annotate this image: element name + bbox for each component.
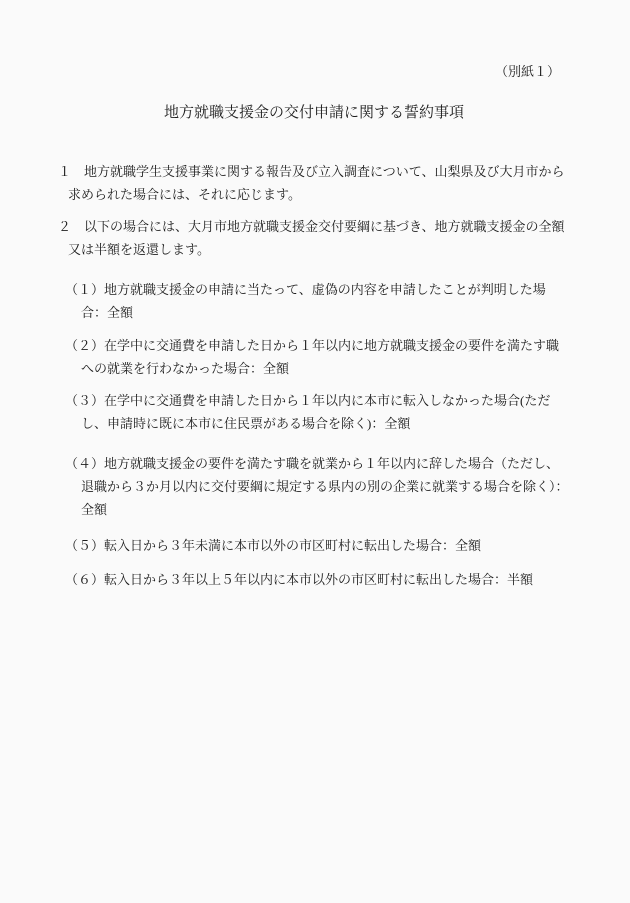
document-title: 地方就職支援金の交付申請に関する誓約事項 (58, 102, 570, 125)
condition-item: （６）転入日から３年以上５年以内に本市以外の市区町村に転出した場合：半額 (65, 568, 570, 591)
condition-list: （１）地方就職支援金の申請に当たって、虚偽の内容を申請したことが判明した場合：全… (65, 278, 570, 591)
condition-item: （２）在学中に交通費を申請した日から１年以内に地方就職支援金の要件を満たす職への… (65, 334, 570, 380)
attachment-label: （別紙１） (58, 60, 560, 83)
condition-item: （４）地方就職支援金の要件を満たす職を就業から１年以内に辞した場合（ただし、退職… (65, 452, 570, 521)
condition-item: （３）在学中に交通費を申請した日から１年以内に本市に転入しなかった場合(ただし、… (65, 389, 570, 435)
clause-item: ２ 以下の場合には、大月市地方就職支援金交付要綱に基づき、地方就職支援金の全額又… (58, 215, 570, 261)
condition-item: （１）地方就職支援金の申請に当たって、虚偽の内容を申請したことが判明した場合：全… (65, 278, 570, 324)
clause-item: １ 地方就職学生支援事業に関する報告及び立入調査について、山梨県及び大月市から求… (58, 160, 570, 206)
document-page: （別紙１） 地方就職支援金の交付申請に関する誓約事項 １ 地方就職学生支援事業に… (0, 0, 630, 903)
clause-list: １ 地方就職学生支援事業に関する報告及び立入調査について、山梨県及び大月市から求… (58, 160, 570, 261)
condition-item: （５）転入日から３年未満に本市以外の市区町村に転出した場合：全額 (65, 534, 570, 557)
